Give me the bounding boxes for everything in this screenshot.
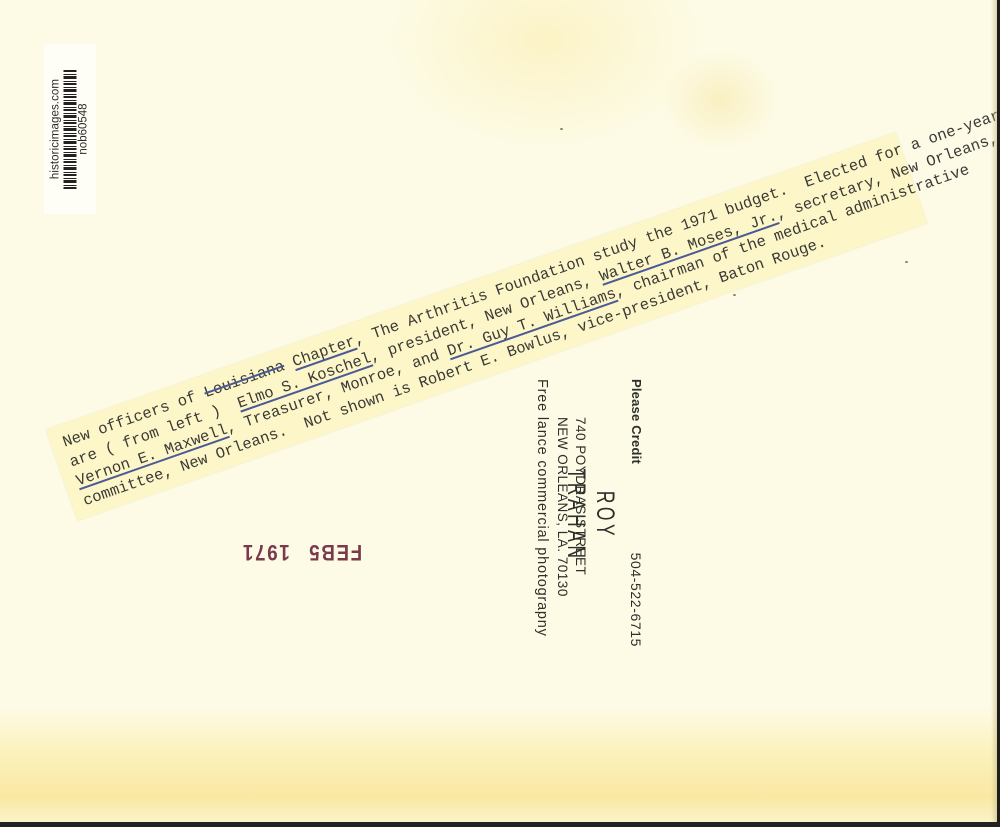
date-stamp-month-day: FEB5 [308, 539, 363, 565]
barcode-site-text: historicimages.com [50, 54, 63, 204]
caption-line: committee, New Orleans. Not shown is Rob… [80, 201, 917, 511]
paper-speck [905, 261, 908, 263]
date-stamp: FEB5 1971 [237, 532, 367, 572]
caption-strip: New officers of Louisiana Chapter, The A… [46, 133, 927, 521]
caption-line: are ( from left ) Elmo S. Koschel, presi… [67, 162, 904, 472]
credit-street: 740 POYDRAS STREET [573, 417, 588, 685]
caption-text: New officers of Louisiana Chapter, The A… [60, 143, 918, 511]
date-stamp-year: 1971 [241, 539, 289, 565]
photo-back-paper: historicimages.com nob60548 New officers… [0, 0, 997, 822]
credit-phone: 504-522-6715 [628, 552, 644, 646]
caption-line: Vernon E. Maxwell, Treasurer, Monroe, an… [74, 181, 911, 491]
paper-speck [733, 294, 736, 296]
caption-line: New officers of Louisiana Chapter, The A… [60, 143, 897, 453]
credit-tagline: Free lance commercial photograpny [534, 379, 550, 647]
paper-speck [560, 128, 563, 130]
photographer-credit-stamp: Please Credit 504-522-6715 ROY TRAHAN 74… [516, 375, 646, 650]
barcode-id-text: nob60548 [78, 54, 91, 204]
scan-edge [0, 822, 1000, 827]
credit-city: NEW ORLEANS, LA. 70130 [555, 417, 570, 685]
barcode-icon [64, 69, 77, 189]
barcode-label: historicimages.com nob60548 [44, 44, 96, 214]
caption-segment: committee, New Orleans. Not shown is Rob… [81, 233, 829, 510]
